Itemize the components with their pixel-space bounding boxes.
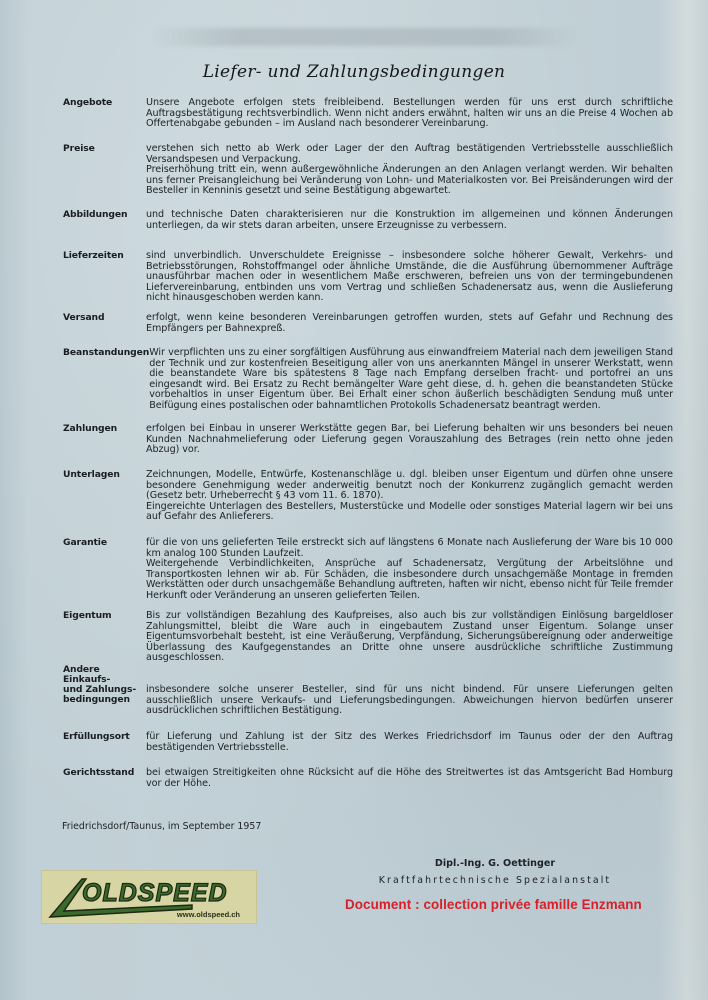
term-text: und technische Daten charakterisieren nu… — [146, 210, 673, 231]
signer-firm: Kraftfahrtechnische Spezialanstalt — [360, 875, 630, 886]
term-text: bei etwaigen Streitigkeiten ohne Rücksic… — [146, 768, 673, 789]
term-text: erfolgen bei Einbau in unserer Werkstätt… — [146, 424, 673, 456]
term-text: Unsere Angebote erfolgen stets freibleib… — [146, 98, 673, 130]
term-paragraph: insbesondere solche unserer Besteller, s… — [146, 685, 673, 717]
term-paragraph: Weitergehende Verbindlichkeiten, Ansprüc… — [146, 559, 673, 601]
term-label: Preise — [63, 144, 146, 197]
term-erfuellungsort: Erfüllungsort für Lieferung und Zahlung … — [63, 732, 673, 753]
term-angebote: Angebote Unsere Angebote erfolgen stets … — [63, 98, 673, 130]
term-text: Wir verpflichten uns zu einer sorgfältig… — [149, 348, 673, 412]
term-label: Versand — [63, 313, 146, 334]
term-label: Abbildungen — [63, 210, 146, 231]
term-unterlagen: Unterlagen Zeichnungen, Modelle, Entwürf… — [63, 470, 673, 523]
term-label: Garantie — [63, 538, 146, 602]
term-label: Lieferzeiten — [63, 251, 146, 304]
term-paragraph: Zeichnungen, Modelle, Entwürfe, Kostenan… — [146, 470, 673, 502]
term-paragraph: für Lieferung und Zahlung ist der Sitz d… — [146, 732, 673, 753]
term-zahlungen: Zahlungen erfolgen bei Einbau in unserer… — [63, 424, 673, 456]
term-paragraph: bei etwaigen Streitigkeiten ohne Rücksic… — [146, 768, 673, 789]
signer-name: Dipl.-Ing. G. Oettinger — [360, 858, 630, 869]
term-label: Andere Einkaufs- und Zahlungs- bedingung… — [63, 665, 146, 717]
oldspeed-logo[interactable]: OLDSPEED www.oldspeed.ch — [41, 870, 257, 924]
term-paragraph: Bis zur vollständigen Bezahlung des Kauf… — [146, 611, 673, 664]
term-label-line: Andere Einkaufs- — [63, 665, 146, 685]
term-abbildungen: Abbildungen und technische Daten charakt… — [63, 210, 673, 231]
term-label: Erfüllungsort — [63, 732, 146, 753]
term-label: Beanstandungen — [63, 348, 149, 412]
term-label: Unterlagen — [63, 470, 146, 523]
term-beanstandungen: Beanstandungen Wir verpflichten uns zu e… — [63, 348, 673, 412]
term-paragraph: erfolgen bei Einbau in unserer Werkstätt… — [146, 424, 673, 456]
term-label: Angebote — [63, 98, 146, 130]
term-lieferzeiten: Lieferzeiten sind unverbindlich. Unversc… — [63, 251, 673, 304]
collection-credit: Document : collection privée famille Enz… — [345, 897, 642, 912]
place-and-date: Friedrichsdorf/Taunus, im September 1957 — [62, 821, 261, 832]
term-preise: Preise verstehen sich netto ab Werk oder… — [63, 144, 673, 197]
term-text: für die von uns gelieferten Teile erstre… — [146, 538, 673, 602]
term-text: Zeichnungen, Modelle, Entwürfe, Kostenan… — [146, 470, 673, 523]
term-paragraph: Preiserhöhung tritt ein, wenn außergewöh… — [146, 165, 673, 197]
signature-block: Dipl.-Ing. G. Oettinger Kraftfahrtechnis… — [360, 858, 630, 886]
term-paragraph: sind unverbindlich. Unverschuldete Ereig… — [146, 251, 673, 304]
term-text: insbesondere solche unserer Besteller, s… — [146, 665, 673, 717]
term-eigentum: Eigentum Bis zur vollständigen Bezahlung… — [63, 611, 673, 664]
term-gerichtsstand: Gerichtsstand bei etwaigen Streitigkeite… — [63, 768, 673, 789]
term-paragraph: Unsere Angebote erfolgen stets freibleib… — [146, 98, 673, 130]
logo-url[interactable]: www.oldspeed.ch — [177, 910, 240, 919]
term-paragraph: und technische Daten charakterisieren nu… — [146, 210, 673, 231]
term-versand: Versand erfolgt, wenn keine besonderen V… — [63, 313, 673, 334]
term-label: Zahlungen — [63, 424, 146, 456]
document-title: Liefer- und Zahlungsbedingungen — [0, 62, 708, 82]
term-text: verstehen sich netto ab Werk oder Lager … — [146, 144, 673, 197]
scanned-document-page: Liefer- und Zahlungsbedingungen Angebote… — [0, 0, 708, 1000]
term-paragraph: verstehen sich netto ab Werk oder Lager … — [146, 144, 673, 165]
bleed-through-letterhead — [150, 28, 580, 46]
logo-wordmark: OLDSPEED — [82, 879, 228, 907]
term-andere-bedingungen: Andere Einkaufs- und Zahlungs- bedingung… — [63, 665, 673, 717]
term-paragraph: für die von uns gelieferten Teile erstre… — [146, 538, 673, 559]
term-label: Eigentum — [63, 611, 146, 664]
term-paragraph: Eingereichte Unterlagen des Bestellers, … — [146, 502, 673, 523]
term-garantie: Garantie für die von uns gelieferten Tei… — [63, 538, 673, 602]
term-label: Gerichtsstand — [63, 768, 146, 789]
term-paragraph: Wir verpflichten uns zu einer sorgfältig… — [149, 348, 673, 412]
term-text: Bis zur vollständigen Bezahlung des Kauf… — [146, 611, 673, 664]
term-paragraph: erfolgt, wenn keine besonderen Vereinbar… — [146, 313, 673, 334]
term-text: sind unverbindlich. Unverschuldete Ereig… — [146, 251, 673, 304]
term-text: erfolgt, wenn keine besonderen Vereinbar… — [146, 313, 673, 334]
term-label-line: bedingungen — [63, 695, 146, 705]
term-text: für Lieferung und Zahlung ist der Sitz d… — [146, 732, 673, 753]
